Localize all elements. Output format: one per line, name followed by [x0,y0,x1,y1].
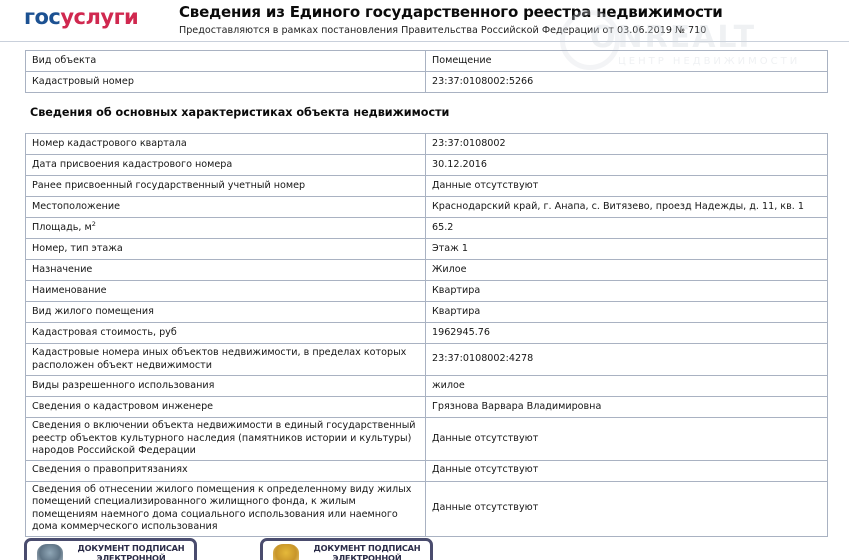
object-summary-table: Вид объектаПомещениеКадастровый номер23:… [25,50,828,93]
row-label-text: Площадь, м [32,222,92,233]
row-label: Площадь, м2 [26,218,426,239]
row-label: Номер кадастрового квартала [26,134,426,155]
coat-of-arms-icon [273,544,299,560]
row-value: 30.12.2016 [426,155,828,176]
row-label: Сведения о кадастровом инженере [26,397,426,418]
stamp-text: ДОКУМЕНТ ПОДПИСАН ЭЛЕКТРОННОЙ [71,543,191,560]
digital-signature-stamp: ДОКУМЕНТ ПОДПИСАН ЭЛЕКТРОННОЙ [24,538,197,560]
stamp-text: ДОКУМЕНТ ПОДПИСАН ЭЛЕКТРОННОЙ [307,543,427,560]
unit-superscript: 2 [92,220,96,228]
row-value: Этаж 1 [426,239,828,260]
row-value: Квартира [426,302,828,323]
row-label: Виды разрешенного использования [26,376,426,397]
row-label: Вид жилого помещения [26,302,426,323]
row-label-text: Кадастровый номер [32,76,134,87]
row-label-text: Сведения о включении объекта недвижимост… [32,420,416,456]
row-value: 23:37:0108002:5266 [426,72,828,93]
table-row: НазначениеЖилое [26,260,828,281]
section-title: Сведения об основных характеристиках объ… [30,106,449,119]
page-header: госуслуги Сведения из Единого государств… [0,0,849,42]
characteristics-table: Номер кадастрового квартала23:37:0108002… [25,133,828,537]
row-label-text: Назначение [32,264,92,275]
row-label-text: Сведения о кадастровом инженере [32,401,213,412]
row-label-text: Вид жилого помещения [32,306,154,317]
row-label: Назначение [26,260,426,281]
row-label-text: Местоположение [32,201,120,212]
row-label-text: Ранее присвоенный государственный учетны… [32,180,305,191]
table-row: Виды разрешенного использованияжилое [26,376,828,397]
row-value: 23:37:0108002:4278 [426,344,828,376]
table-row: Кадастровая стоимость, руб1962945.76 [26,323,828,344]
logo-part-gos: гос [24,5,60,29]
table-row: НаименованиеКвартира [26,281,828,302]
table-row: Сведения об отнесении жилого помещения к… [26,481,828,536]
row-value: Жилое [426,260,828,281]
table-row: Кадастровые номера иных объектов недвижи… [26,344,828,376]
row-label-text: Сведения об отнесении жилого помещения к… [32,484,411,533]
row-label: Номер, тип этажа [26,239,426,260]
egrn-extract-page: госуслуги Сведения из Единого государств… [0,0,849,560]
table-row: Дата присвоения кадастрового номера30.12… [26,155,828,176]
row-value: Данные отсутствуют [426,176,828,197]
page-subtitle: Предоставляются в рамках постановления П… [179,25,706,36]
row-label-text: Дата присвоения кадастрового номера [32,159,232,170]
logo-part-uslugi: услуги [60,5,138,29]
row-label-text: Номер кадастрового квартала [32,138,187,149]
row-value: Краснодарский край, г. Анапа, с. Витязев… [426,197,828,218]
gosuslugi-logo[interactable]: госуслуги [24,4,138,30]
row-value: жилое [426,376,828,397]
table-row: Номер кадастрового квартала23:37:0108002 [26,134,828,155]
row-label-text: Виды разрешенного использования [32,380,214,391]
table-row: Номер, тип этажаЭтаж 1 [26,239,828,260]
table-row: Сведения о кадастровом инженереГрязнова … [26,397,828,418]
table-row: Сведения о включении объекта недвижимост… [26,418,828,461]
table-row: Вид жилого помещенияКвартира [26,302,828,323]
row-label: Ранее присвоенный государственный учетны… [26,176,426,197]
row-value: Квартира [426,281,828,302]
page-title: Сведения из Единого государственного рее… [179,3,723,21]
row-label: Наименование [26,281,426,302]
row-label-text: Вид объекта [32,55,96,66]
digital-signature-stamp: ДОКУМЕНТ ПОДПИСАН ЭЛЕКТРОННОЙ [260,538,433,560]
row-value: Данные отсутствуют [426,481,828,536]
row-label: Дата присвоения кадастрового номера [26,155,426,176]
row-label: Сведения о включении объекта недвижимост… [26,418,426,461]
row-label-text: Номер, тип этажа [32,243,123,254]
row-label-text: Сведения о правопритязаниях [32,464,188,475]
row-value: Помещение [426,51,828,72]
row-value: Грязнова Варвара Владимировна [426,397,828,418]
row-label: Кадастровый номер [26,72,426,93]
row-label: Сведения о правопритязаниях [26,460,426,481]
table-row: Ранее присвоенный государственный учетны… [26,176,828,197]
row-label: Местоположение [26,197,426,218]
row-label-text: Кадастровая стоимость, руб [32,327,177,338]
rosreestr-emblem-icon [37,544,63,560]
row-value: Данные отсутствуют [426,460,828,481]
row-label: Кадастровые номера иных объектов недвижи… [26,344,426,376]
table-row: Вид объектаПомещение [26,51,828,72]
table-row: МестоположениеКраснодарский край, г. Ана… [26,197,828,218]
row-value: Данные отсутствуют [426,418,828,461]
row-value: 65.2 [426,218,828,239]
table-row: Площадь, м265.2 [26,218,828,239]
row-label-text: Наименование [32,285,107,296]
table-row: Кадастровый номер23:37:0108002:5266 [26,72,828,93]
row-label: Сведения об отнесении жилого помещения к… [26,481,426,536]
row-value: 23:37:0108002 [426,134,828,155]
row-label-text: Кадастровые номера иных объектов недвижи… [32,347,406,371]
row-value: 1962945.76 [426,323,828,344]
row-label: Кадастровая стоимость, руб [26,323,426,344]
table-row: Сведения о правопритязанияхДанные отсутс… [26,460,828,481]
row-label: Вид объекта [26,51,426,72]
